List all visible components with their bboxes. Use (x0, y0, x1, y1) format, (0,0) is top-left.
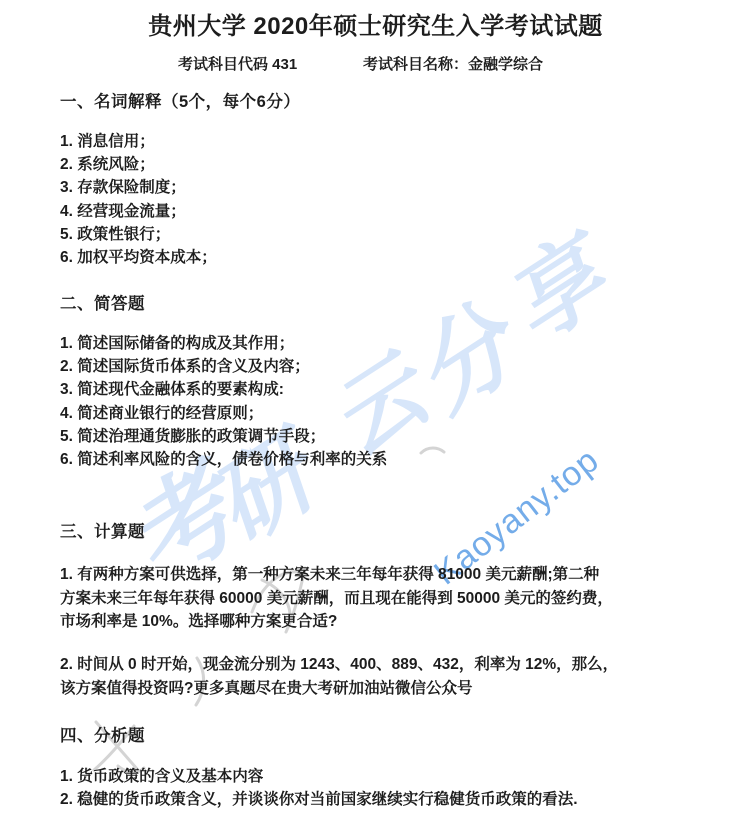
section3-heading: 三、计算题 (60, 518, 145, 542)
section1-heading: 一、名词解释（5个，每个6分） (60, 88, 300, 112)
list-item: 5. 简述治理通货膨胀的政策调节手段； (60, 425, 387, 448)
section2-heading: 二、简答题 (60, 290, 145, 314)
paragraph-line: 方案未来三年每年获得 60000 美元薪酬，而且现在能得到 50000 美元的签… (60, 587, 613, 611)
section4-heading: 四、分析题 (60, 722, 145, 746)
list-item: 1. 货币政策的含义及基本内容 (60, 765, 578, 788)
list-item: 2. 简述国际货币体系的含义及内容； (60, 355, 387, 378)
paragraph-line: 1. 有两种方案可供选择，第一种方案未来三年每年获得 81000 美元薪酬;第二… (60, 563, 613, 587)
list-item: 1. 简述国际储备的构成及其作用； (60, 332, 387, 355)
section3-problem2: 2. 时间从 0 时开始，现金流分别为 1243、400、889、432，利率为… (60, 653, 618, 700)
section3-problem1: 1. 有两种方案可供选择，第一种方案未来三年每年获得 81000 美元薪酬;第二… (60, 563, 613, 634)
section4-item-list: 1. 货币政策的含义及基本内容 2. 稳健的货币政策含义，并谈谈你对当前国家继续… (60, 765, 578, 811)
list-item: 4. 简述商业银行的经营原则； (60, 402, 387, 425)
exam-paper-page: 考 研 云 分 享 Kaoyany.top 贵州大学 2020年硕士研究生入学考… (0, 0, 751, 828)
list-item: 4. 经营现金流量； (60, 200, 217, 223)
list-item: 3. 存款保险制度； (60, 176, 217, 199)
list-item: 2. 系统风险； (60, 153, 217, 176)
list-item: 3. 简述现代金融体系的要素构成: (60, 378, 387, 401)
paragraph-line: 该方案值得投资吗?更多真题尽在贵大考研加油站微信公众号 (60, 677, 618, 701)
paragraph-line: 2. 时间从 0 时开始，现金流分别为 1243、400、889、432，利率为… (60, 653, 618, 677)
section1-item-list: 1. 消息信用； 2. 系统风险； 3. 存款保险制度； 4. 经营现金流量； … (60, 130, 217, 269)
section2-item-list: 1. 简述国际储备的构成及其作用； 2. 简述国际货币体系的含义及内容； 3. … (60, 332, 387, 471)
list-item: 6. 加权平均资本成本； (60, 246, 217, 269)
watermark-char-fen: 分 (399, 296, 532, 429)
page-title: 贵州大学 2020年硕士研究生入学考试试题 (0, 6, 751, 41)
list-item: 5. 政策性银行； (60, 223, 217, 246)
subject-code-label: 考试科目代码 431 (178, 53, 297, 74)
list-item: 1. 消息信用； (60, 130, 217, 153)
list-item: 2. 稳健的货币政策含义，并谈谈你对当前国家继续实行稳健货币政策的看法. (60, 788, 578, 811)
paragraph-line: 市场利率是 10%。选择哪种方案更合适? (60, 610, 613, 634)
watermark-char-xiang: 享 (491, 227, 621, 357)
subject-name-label: 考试科目名称：金融学综合 (363, 53, 543, 74)
list-item: 6. 简述利率风险的含义，债卷价格与利率的关系 (60, 448, 387, 471)
